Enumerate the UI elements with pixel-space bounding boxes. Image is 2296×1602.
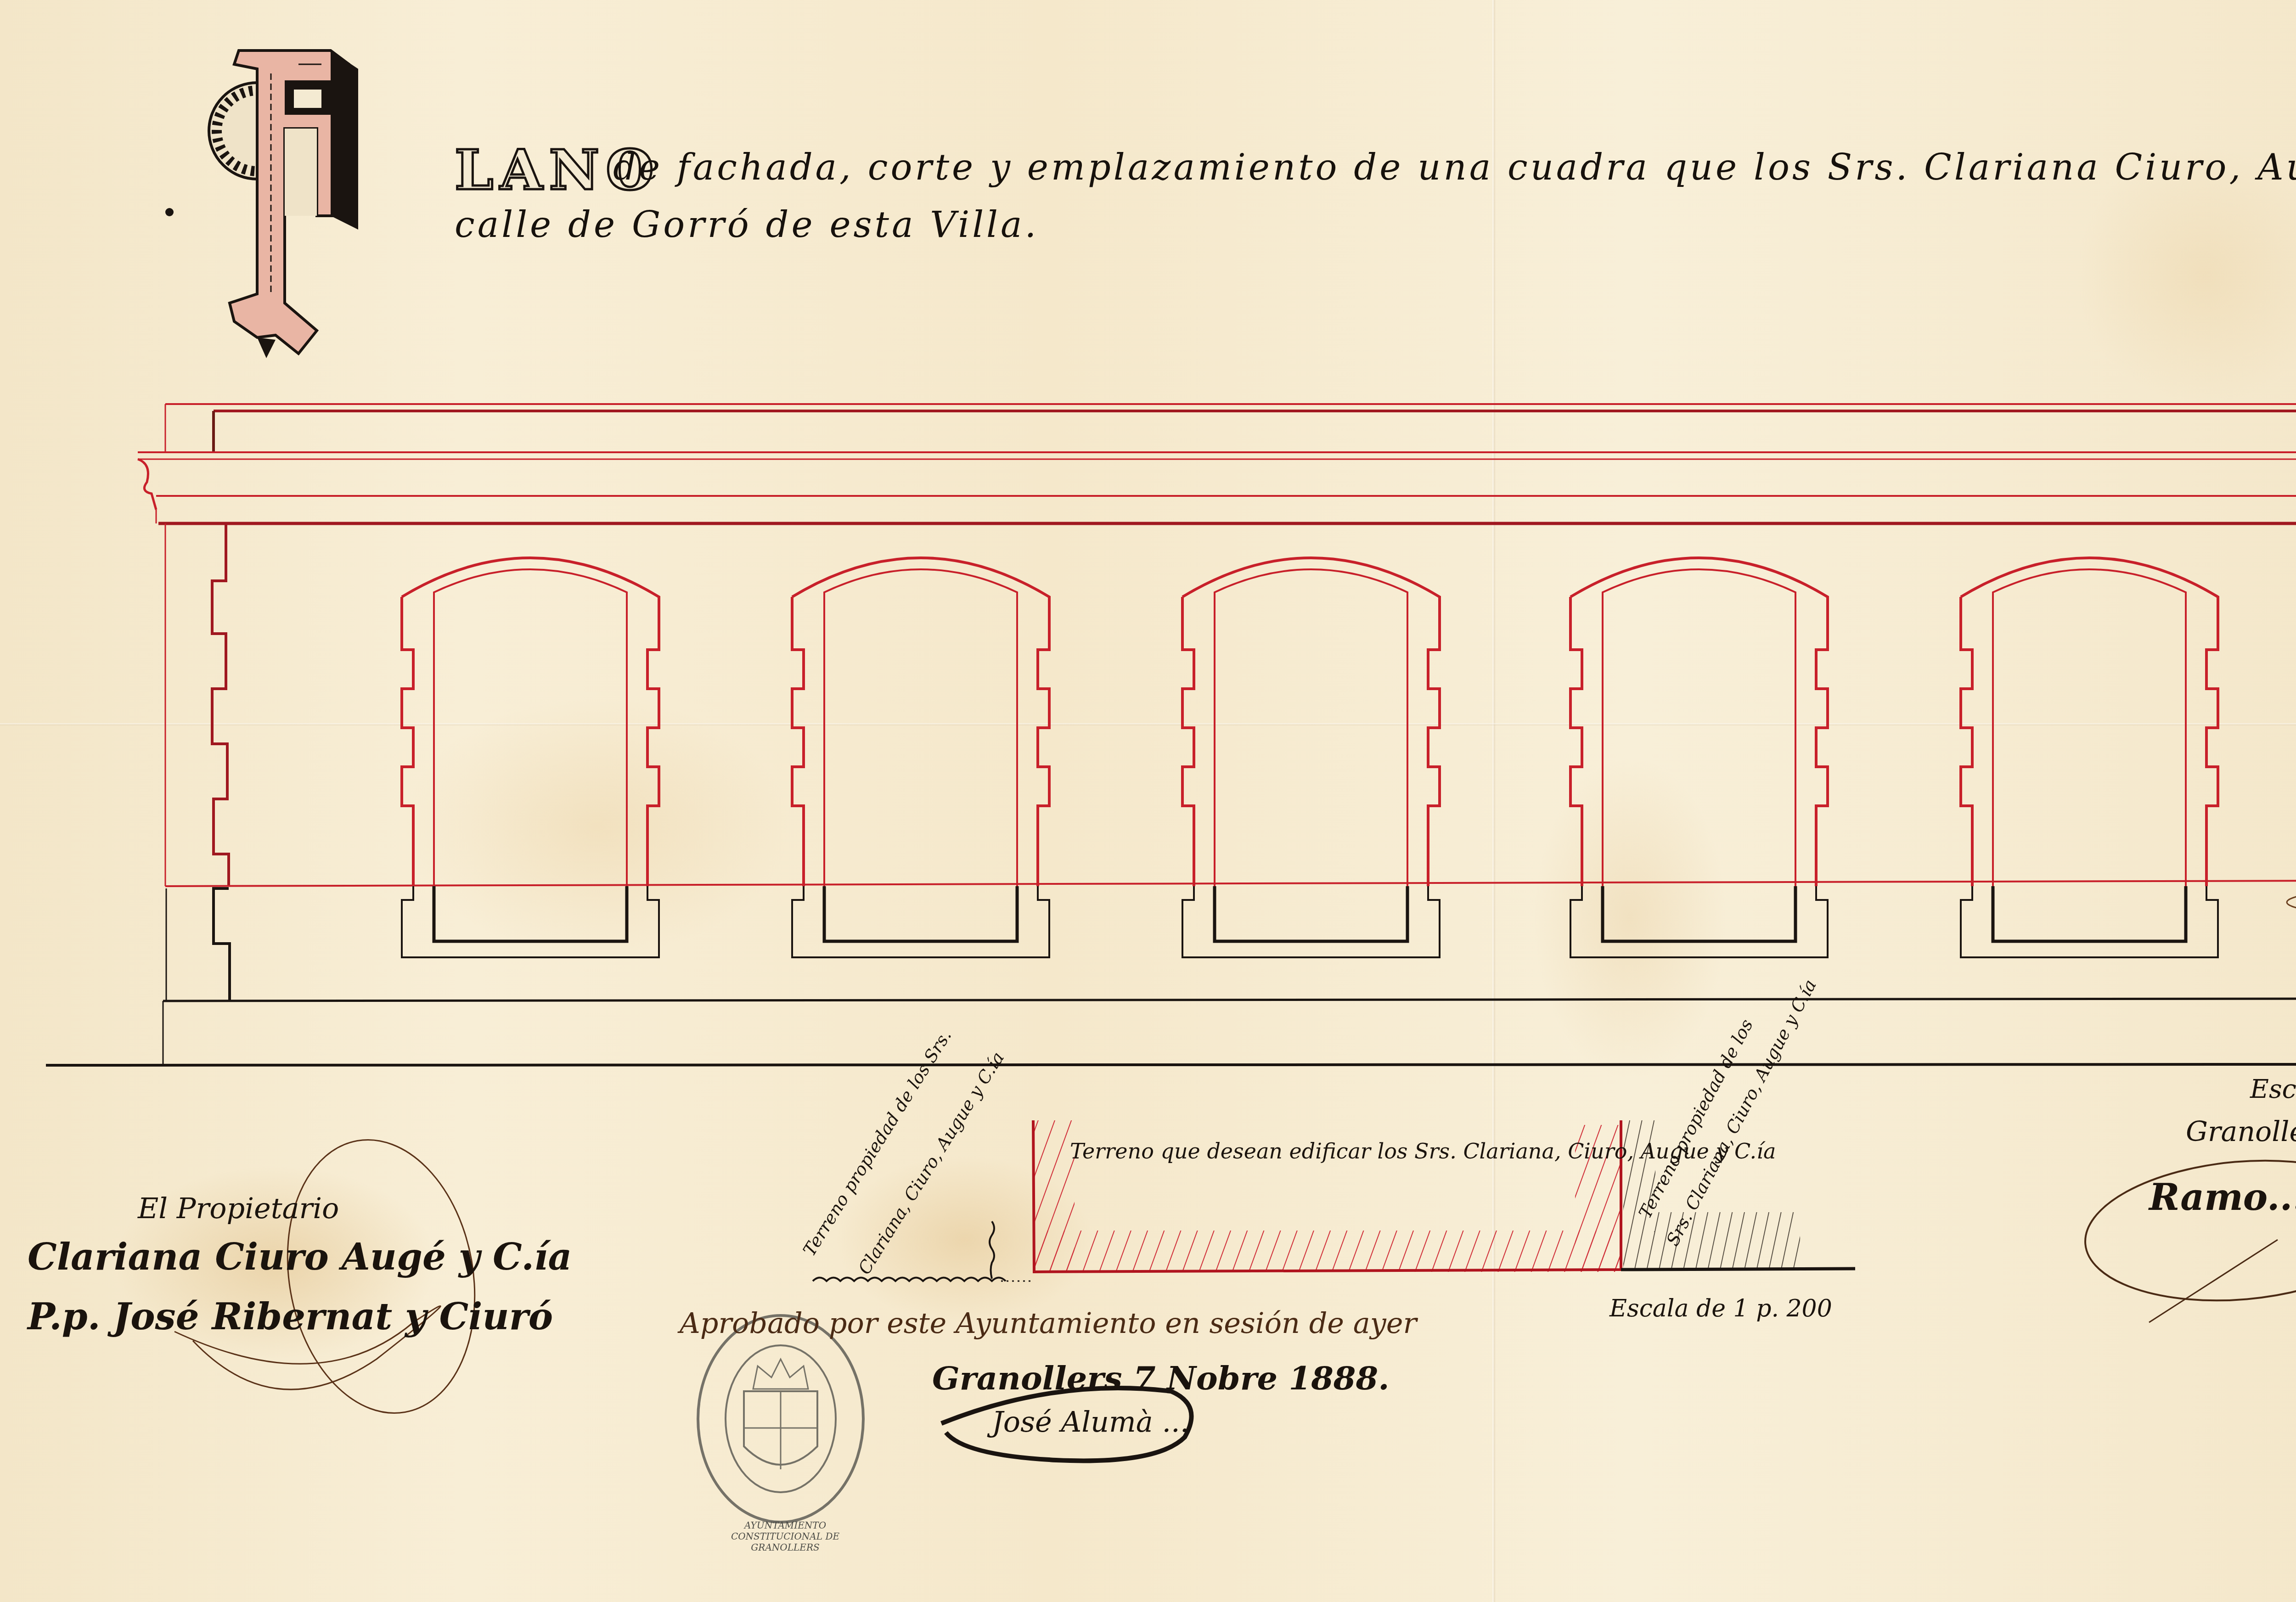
- window-4: [1570, 558, 1828, 957]
- right-signature-partial: Ramo...: [2149, 1175, 2296, 1219]
- municipal-stamp: [698, 1315, 863, 1522]
- ink-dot: [165, 208, 174, 216]
- approval-line-1: Aprobado por este Ayuntamiento en sesión…: [680, 1306, 1417, 1340]
- right-scale-partial: Escal: [2250, 1074, 2296, 1104]
- owner-signature-line1: Clariana Ciuro Augé y C.ía: [28, 1235, 572, 1278]
- stamp-text: AYUNTAMIENTO CONSTITUCIONAL DE GRANOLLER…: [716, 1520, 854, 1553]
- approval-place-date: Granollers 7 Nobre 1888.: [932, 1359, 1390, 1397]
- left-pier-quoins: [165, 523, 230, 1001]
- right-signature-rubric: [2079, 1148, 2296, 1322]
- ground-line: [46, 1064, 2296, 1065]
- initial-p-illumination: [209, 51, 358, 358]
- title-line-1: de fachada, corte y emplazamiento de una…: [613, 147, 2296, 188]
- owner-signature-line2: P.p. José Ribernat y Ciuró: [28, 1295, 553, 1338]
- title-line-2: calle de Gorró de esta Villa.: [455, 204, 1039, 246]
- scale-label: Escala de 1 p. 200: [1609, 1295, 1832, 1322]
- right-place-date-partial: Granollers 8 (: [2186, 1116, 2296, 1148]
- window-3: [1182, 558, 1440, 957]
- window-5: [1961, 558, 2218, 957]
- window-2: [792, 558, 1049, 957]
- approval-signature: José Alumà ...: [992, 1405, 1189, 1439]
- cornice: [138, 404, 2296, 523]
- window-1: [402, 558, 659, 957]
- partial-oval-mark: [2287, 891, 2296, 914]
- plinth-line: [163, 999, 2296, 1001]
- owner-heading: El Propietario: [138, 1192, 339, 1225]
- datum-line: [165, 881, 2296, 886]
